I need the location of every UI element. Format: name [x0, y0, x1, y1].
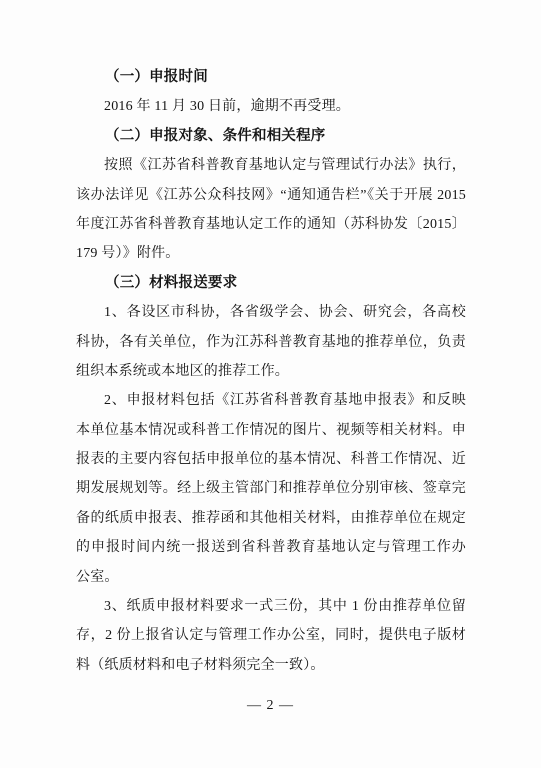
body-line: 组织本系统或本地区的推荐工作。 — [76, 357, 466, 386]
body-line: 备的纸质申报表、推荐函和其他相关材料，由推荐单位在规定 — [76, 504, 466, 533]
document-text-block: （一）申报时间 2016 年 11 月 30 日前，逾期不再受理。 （二）申报对… — [76, 63, 466, 680]
body-line: 1、各设区市科协，各省级学会、协会、研究会，各高校 — [76, 298, 466, 327]
document-page: （一）申报时间 2016 年 11 月 30 日前，逾期不再受理。 （二）申报对… — [0, 0, 541, 768]
body-line: 2016 年 11 月 30 日前，逾期不再受理。 — [76, 92, 466, 121]
section-heading-2: （二）申报对象、条件和相关程序 — [76, 122, 466, 151]
body-line: 的申报时间内统一报送到省科普教育基地认定与管理工作办 — [76, 533, 466, 562]
section-heading-3: （三）材料报送要求 — [76, 269, 466, 298]
body-line: 料（纸质材料和电子材料须完全一致）。 — [76, 651, 466, 680]
body-line: 本单位基本情况或科普工作情况的图片、视频等相关材料。申 — [76, 416, 466, 445]
body-line: 期发展规划等。经上级主管部门和推荐单位分别审核、签章完 — [76, 474, 466, 503]
page-number: — 2 — — [0, 695, 541, 717]
body-line: 2、申报材料包括《江苏省科普教育基地申报表》和反映 — [76, 386, 466, 415]
body-line: 存，2 份上报省认定与管理工作办公室，同时，提供电子版材 — [76, 621, 466, 650]
body-line: 公室。 — [76, 563, 466, 592]
body-line: 报表的主要内容包括申报单位的基本情况、科普工作情况、近 — [76, 445, 466, 474]
body-line: 科协，各有关单位，作为江苏科普教育基地的推荐单位，负责 — [76, 328, 466, 357]
body-line: 按照《江苏省科普教育基地认定与管理试行办法》执行， — [76, 151, 466, 180]
body-line: 3、纸质申报材料要求一式三份，其中 1 份由推荐单位留 — [76, 592, 466, 621]
body-line: 该办法详见《江苏公众科技网》“通知通告栏”《关于开展 2015 — [76, 181, 466, 210]
body-line: 179 号）》附件。 — [76, 239, 466, 268]
section-heading-1: （一）申报时间 — [76, 63, 466, 92]
body-line: 年度江苏省科普教育基地认定工作的通知（苏科协发〔2015〕 — [76, 210, 466, 239]
